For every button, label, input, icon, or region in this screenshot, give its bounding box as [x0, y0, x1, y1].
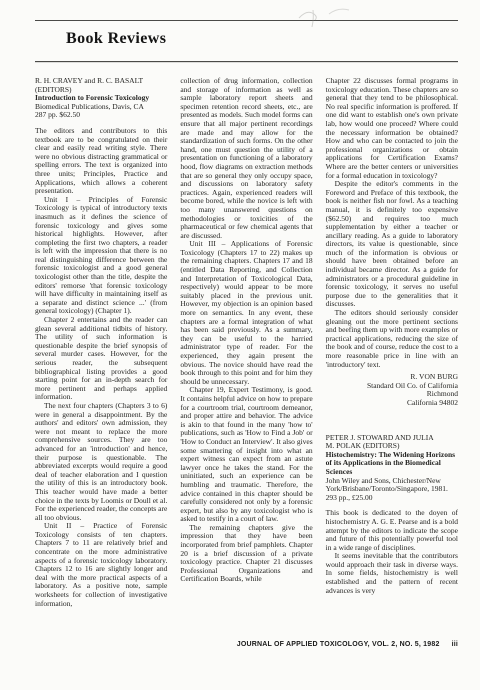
- review-book-title: Histochemistry: The Widening Horizons of…: [326, 451, 458, 477]
- review-paragraph: The editors should seriously consider gl…: [326, 309, 458, 369]
- review-paragraph: Chapter 2 entertains and the reader can …: [35, 316, 167, 402]
- review-paragraph: The remaining chapters give the impressi…: [180, 524, 312, 584]
- text-column-3: Chapter 22 discusses formal programs in …: [326, 77, 458, 608]
- pencil-smudge-mark: [293, 2, 365, 30]
- page-title: Book Reviews: [66, 30, 166, 48]
- review-paragraph: The editors and contributors to this tex…: [35, 127, 167, 196]
- review-authors: PETER J. STOWARD AND JULIA M. POLAK (EDI…: [326, 434, 458, 451]
- review-paragraph: The next four chapters (Chapters 3 to 6)…: [35, 402, 167, 522]
- review-paragraph: Unit II – Practice of Forensic Toxicolog…: [35, 522, 167, 608]
- text-column-2: collection of drug information, collecti…: [180, 77, 312, 608]
- review-authors: R. H. CRAVEY and R. C. BASALT (EDITORS): [35, 77, 167, 94]
- reviewer-signature: R. VON BURG Standard Oil Co. of Californ…: [326, 373, 458, 407]
- header-rule-bottom: [35, 61, 458, 62]
- spacer: [326, 408, 458, 434]
- review-paragraph: Unit III – Applications of Forensic Toxi…: [180, 240, 312, 386]
- text-columns: R. H. CRAVEY and R. C. BASALT (EDITORS)I…: [35, 77, 458, 608]
- review-paragraph: collection of drug information, collecti…: [180, 77, 312, 240]
- journal-page: Book Reviews R. H. CRAVEY and R. C. BASA…: [0, 0, 480, 690]
- review-paragraph: Chapter 22 discusses formal programs in …: [326, 77, 458, 180]
- review-paragraph: Despite the editor's comments in the For…: [326, 180, 458, 309]
- review-details: 287 pp. $62.50: [35, 111, 167, 120]
- review-paragraph: It seems inevitable that the contributor…: [326, 552, 458, 595]
- text-column-1: R. H. CRAVEY and R. C. BASALT (EDITORS)I…: [35, 77, 167, 608]
- review-paragraph: Chapter 19, Expert Testimony, is good. I…: [180, 386, 312, 524]
- page-number: iii: [452, 641, 458, 648]
- review-publisher: John Wiley and Sons, Chichester/New York…: [326, 477, 458, 503]
- review-paragraph: This book is dedicated to the doyen of h…: [326, 509, 458, 552]
- header-rule-top: [35, 20, 458, 21]
- journal-citation: JOURNAL OF APPLIED TOXICOLOGY, VOL. 2, N…: [237, 641, 440, 648]
- review-paragraph: Unit I – Principles of Forensic Toxicolo…: [35, 196, 167, 316]
- page-footer: JOURNAL OF APPLIED TOXICOLOGY, VOL. 2, N…: [237, 641, 458, 648]
